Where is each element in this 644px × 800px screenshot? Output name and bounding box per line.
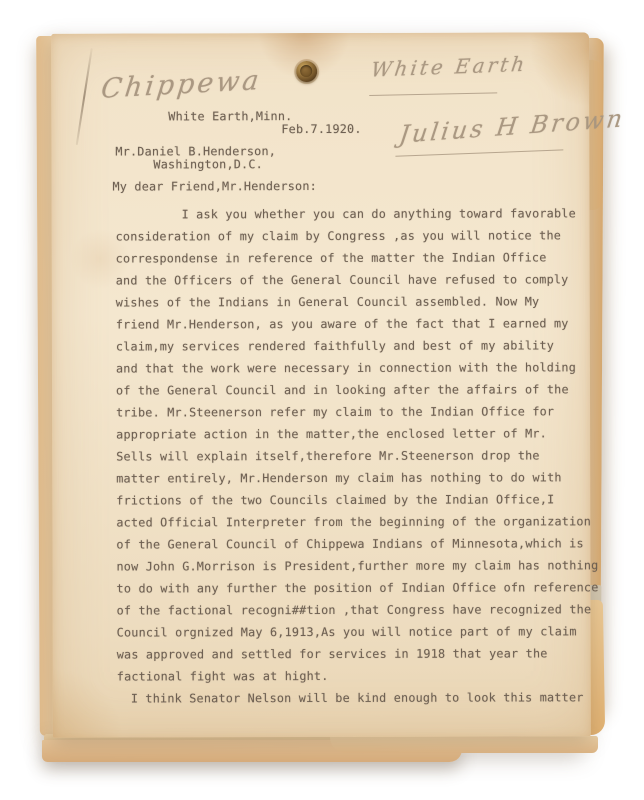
letter-body-line: friend Mr.Henderson, as you aware of the… <box>116 312 578 335</box>
letter-body: I ask you whether you can do anything to… <box>116 202 579 709</box>
pencil-annotation-white-earth: White Earth <box>370 52 529 82</box>
letter-body-line: acted Official Interpreter from the begi… <box>116 510 578 533</box>
letter-body-line: frictions of the two Councils claimed by… <box>116 488 578 511</box>
letter-body-line: to do with any further the position of I… <box>117 576 579 599</box>
letter-body-line: of the General Council and in looking af… <box>116 378 578 401</box>
pencil-underline-julius-brown <box>395 149 563 156</box>
letter-page: Chippewa White Earth Julius H Brown Whit… <box>51 32 591 737</box>
letter-salutation: My dear Friend,Mr.Henderson: <box>112 179 317 194</box>
letter-body-line: matter entirely, Mr.Henderson my claim h… <box>116 466 578 489</box>
letter-body-line: I ask you whether you can do anything to… <box>116 202 578 225</box>
letter-body-line: factional fight was at hight. <box>117 664 579 687</box>
pencil-underline-white-earth <box>369 92 497 96</box>
letter-date-line: Feb.7.1920. <box>281 122 361 136</box>
letter-body-line: of the General Council of Chippewa India… <box>116 532 578 555</box>
letter-body-line: of the factional recogni##tion ,that Con… <box>117 598 579 621</box>
letter-body-line: was approved and settled for services in… <box>117 642 579 665</box>
letter-body-line: now John G.Morrison is President,further… <box>116 554 578 577</box>
photo-background: Chippewa White Earth Julius H Brown Whit… <box>0 0 644 800</box>
letter-recipient-city: Washington,D.C. <box>153 157 263 171</box>
letter-body-line: correspondense in reference of the matte… <box>116 246 578 269</box>
letter-body-line: claim,my services rendered faithfully an… <box>116 334 578 357</box>
letter-body-line: and the Officers of the General Council … <box>116 268 578 291</box>
letter-body-line: and that the work were necessary in conn… <box>116 356 578 379</box>
pencil-slash-mark <box>76 48 93 145</box>
letter-body-line: consideration of my claim by Congress ,a… <box>116 224 578 247</box>
letter-place-line: White Earth,Minn. <box>168 109 292 123</box>
letter-body-line: tribe. Mr.Steenerson refer my claim to t… <box>116 400 578 423</box>
letter-body-line: Council orgnized May 6,1913,As you will … <box>117 620 579 643</box>
letter-body-line: appropriate action in the matter,the enc… <box>116 422 578 445</box>
letter-body-line: Sells will explain itself,therefore Mr.S… <box>116 444 578 467</box>
letter-body-line: wishes of the Indians in General Council… <box>116 290 578 313</box>
brass-fastener-icon <box>296 61 317 82</box>
pencil-annotation-chippewa: Chippewa <box>99 65 263 105</box>
under-sheet-bottom-3 <box>330 736 598 753</box>
letter-body-line: I think Senator Nelson will be kind enou… <box>117 686 579 709</box>
